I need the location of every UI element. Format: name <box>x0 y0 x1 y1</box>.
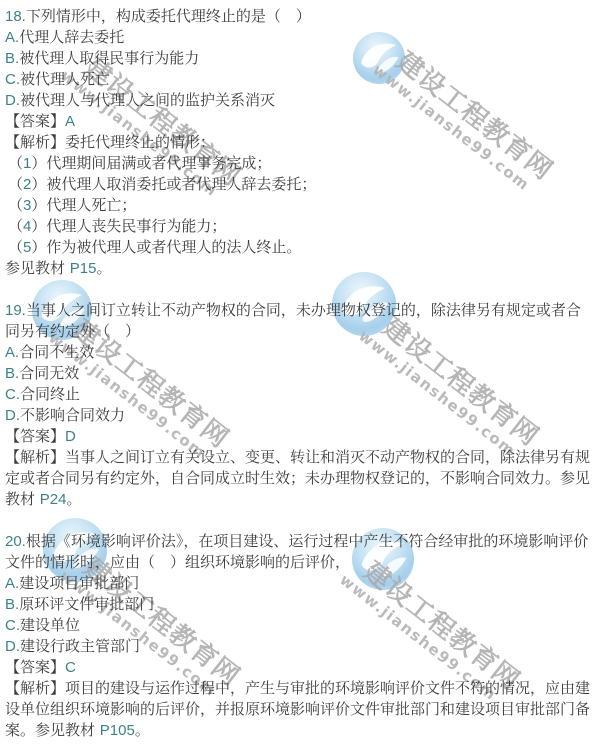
text-line: D.被代理人与代理人之间的监护关系消灭 <box>5 90 593 111</box>
text-line: 【答案】D <box>5 426 593 447</box>
text-line: D.建设行政主管部门 <box>5 636 593 657</box>
cjk-text: 【答案】 <box>5 112 65 130</box>
text-line: C.合同终止 <box>5 384 593 405</box>
ascii-accent-text: A. <box>5 344 19 361</box>
text-line: 【解析】当事人之间订立有关设立、变更、转让和消灭不动产物权的合同，除法律另有规定… <box>5 447 593 510</box>
text-line: B.原环评文件审批部门 <box>5 594 593 615</box>
ascii-accent-text: C. <box>5 617 20 634</box>
ascii-accent-text: A. <box>5 575 19 592</box>
cjk-text: 。 <box>96 259 111 277</box>
text-line: （2）被代理人取消委托或者代理人辞去委托； <box>5 174 593 195</box>
cjk-text: ）代理期间届满或者代理事务完成； <box>31 154 271 172</box>
cjk-text: 建设单位 <box>20 616 80 634</box>
cjk-text: （ <box>8 217 23 235</box>
cjk-text: 【答案】 <box>5 658 65 676</box>
cjk-text: 合同终止 <box>20 385 80 403</box>
cjk-text: ）作为被代理人或者代理人的法人终止。 <box>31 238 301 256</box>
ascii-accent-text: D. <box>5 92 20 109</box>
text-line: A.代理人辞去委托 <box>5 27 593 48</box>
text-line: 20.根据《环境影响评价法》，在项目建设、运行过程中产生不符合经审批的环境影响评… <box>5 531 593 573</box>
text-line: C.被代理人死亡 <box>5 69 593 90</box>
ascii-accent-text: C. <box>5 386 20 403</box>
text-line: 19.当事人之间订立转让不动产物权的合同，未办理物权登记的，除法律另有规定或者合… <box>5 300 593 342</box>
ascii-accent-text: D. <box>5 638 20 655</box>
ascii-accent-text: P105 <box>100 722 135 739</box>
cjk-text: 建设项目审批部门 <box>19 574 139 592</box>
text-line: 【答案】C <box>5 657 593 678</box>
text-line: A.合同不生效 <box>5 342 593 363</box>
cjk-text: ）被代理人取消委托或者代理人辞去委托； <box>31 175 316 193</box>
text-line: 参见教材 P15。 <box>5 258 593 279</box>
ascii-accent-text: 20. <box>5 533 26 550</box>
cjk-text: 代理人辞去委托 <box>19 28 124 46</box>
cjk-text: （ <box>8 175 23 193</box>
cjk-text: ）代理人死亡； <box>31 196 136 214</box>
text-line: （5）作为被代理人或者代理人的法人终止。 <box>5 237 593 258</box>
ascii-accent-text: C. <box>5 71 20 88</box>
ascii-accent-text: B. <box>5 50 19 67</box>
cjk-text: ）代理人丧失民事行为能力； <box>31 217 226 235</box>
question-19: 19.当事人之间订立转让不动产物权的合同，未办理物权登记的，除法律另有规定或者合… <box>5 300 593 510</box>
text-line: （1）代理期间届满或者代理事务完成； <box>5 153 593 174</box>
cjk-text: 当事人之间订立转让不动产物权的合同，未办理物权登记的，除法律另有规定或者合同另有… <box>5 301 581 340</box>
question-18: 18.下列情形中，构成委托代理终止的是（ ）A.代理人辞去委托B.被代理人取得民… <box>5 6 593 279</box>
cjk-text: 【答案】 <box>5 427 65 445</box>
text-line: C.建设单位 <box>5 615 593 636</box>
cjk-text: 合同无效 <box>19 364 79 382</box>
text-line: 18.下列情形中，构成委托代理终止的是（ ） <box>5 6 593 27</box>
text-line: D.不影响合同效力 <box>5 405 593 426</box>
cjk-text: 根据《环境影响评价法》，在项目建设、运行过程中产生不符合经审批的环境影响评价文件… <box>5 532 588 571</box>
ascii-accent-text: B. <box>5 596 19 613</box>
cjk-text: 【解析】委托代理终止的情形： <box>5 133 215 151</box>
ascii-accent-text: P15 <box>70 260 97 277</box>
text-line: （3）代理人死亡； <box>5 195 593 216</box>
text-line: （4）代理人丧失民事行为能力； <box>5 216 593 237</box>
ascii-accent-text: 18. <box>5 8 26 25</box>
cjk-text: 下列情形中，构成委托代理终止的是（ ） <box>26 7 311 25</box>
cjk-text: （ <box>8 154 23 172</box>
text-line: B.被代理人取得民事行为能力 <box>5 48 593 69</box>
cjk-text: 参见教材 <box>5 259 70 277</box>
text-line: B.合同无效 <box>5 363 593 384</box>
cjk-text: 被代理人与代理人之间的监护关系消灭 <box>20 91 275 109</box>
cjk-text: （ <box>8 196 23 214</box>
text-line: A.建设项目审批部门 <box>5 573 593 594</box>
text-line: 【解析】项目的建设与运作过程中，产生与审批的环境影响评价文件不符的情况，应由建设… <box>5 678 593 741</box>
cjk-text: 被代理人死亡 <box>20 70 110 88</box>
ascii-accent-text: C <box>65 659 76 676</box>
ascii-accent-text: A <box>65 113 75 130</box>
ascii-accent-text: D. <box>5 407 20 424</box>
cjk-text: 【解析】项目的建设与运作过程中，产生与审批的环境影响评价文件不符的情况，应由建设… <box>5 679 590 739</box>
cjk-text: 合同不生效 <box>19 343 94 361</box>
cjk-text: 不影响合同效力 <box>20 406 125 424</box>
cjk-text: 。 <box>66 490 81 508</box>
cjk-text: 被代理人取得民事行为能力 <box>19 49 199 67</box>
document-page: { "colors": { "background": "#ffffff", "… <box>0 0 600 748</box>
question-20: 20.根据《环境影响评价法》，在项目建设、运行过程中产生不符合经审批的环境影响评… <box>5 531 593 741</box>
ascii-accent-text: P24 <box>40 491 67 508</box>
ascii-accent-text: D <box>65 428 76 445</box>
text-line: 【答案】A <box>5 111 593 132</box>
ascii-accent-text: A. <box>5 29 19 46</box>
cjk-text: 。 <box>135 721 150 739</box>
cjk-text: 原环评文件审批部门 <box>19 595 154 613</box>
question-list: 18.下列情形中，构成委托代理终止的是（ ）A.代理人辞去委托B.被代理人取得民… <box>5 6 593 741</box>
cjk-text: 【解析】当事人之间订立有关设立、变更、转让和消灭不动产物权的合同，除法律另有规定… <box>5 448 590 508</box>
cjk-text: （ <box>8 238 23 256</box>
cjk-text: 建设行政主管部门 <box>20 637 140 655</box>
ascii-accent-text: 19. <box>5 302 26 319</box>
text-line: 【解析】委托代理终止的情形： <box>5 132 593 153</box>
ascii-accent-text: B. <box>5 365 19 382</box>
